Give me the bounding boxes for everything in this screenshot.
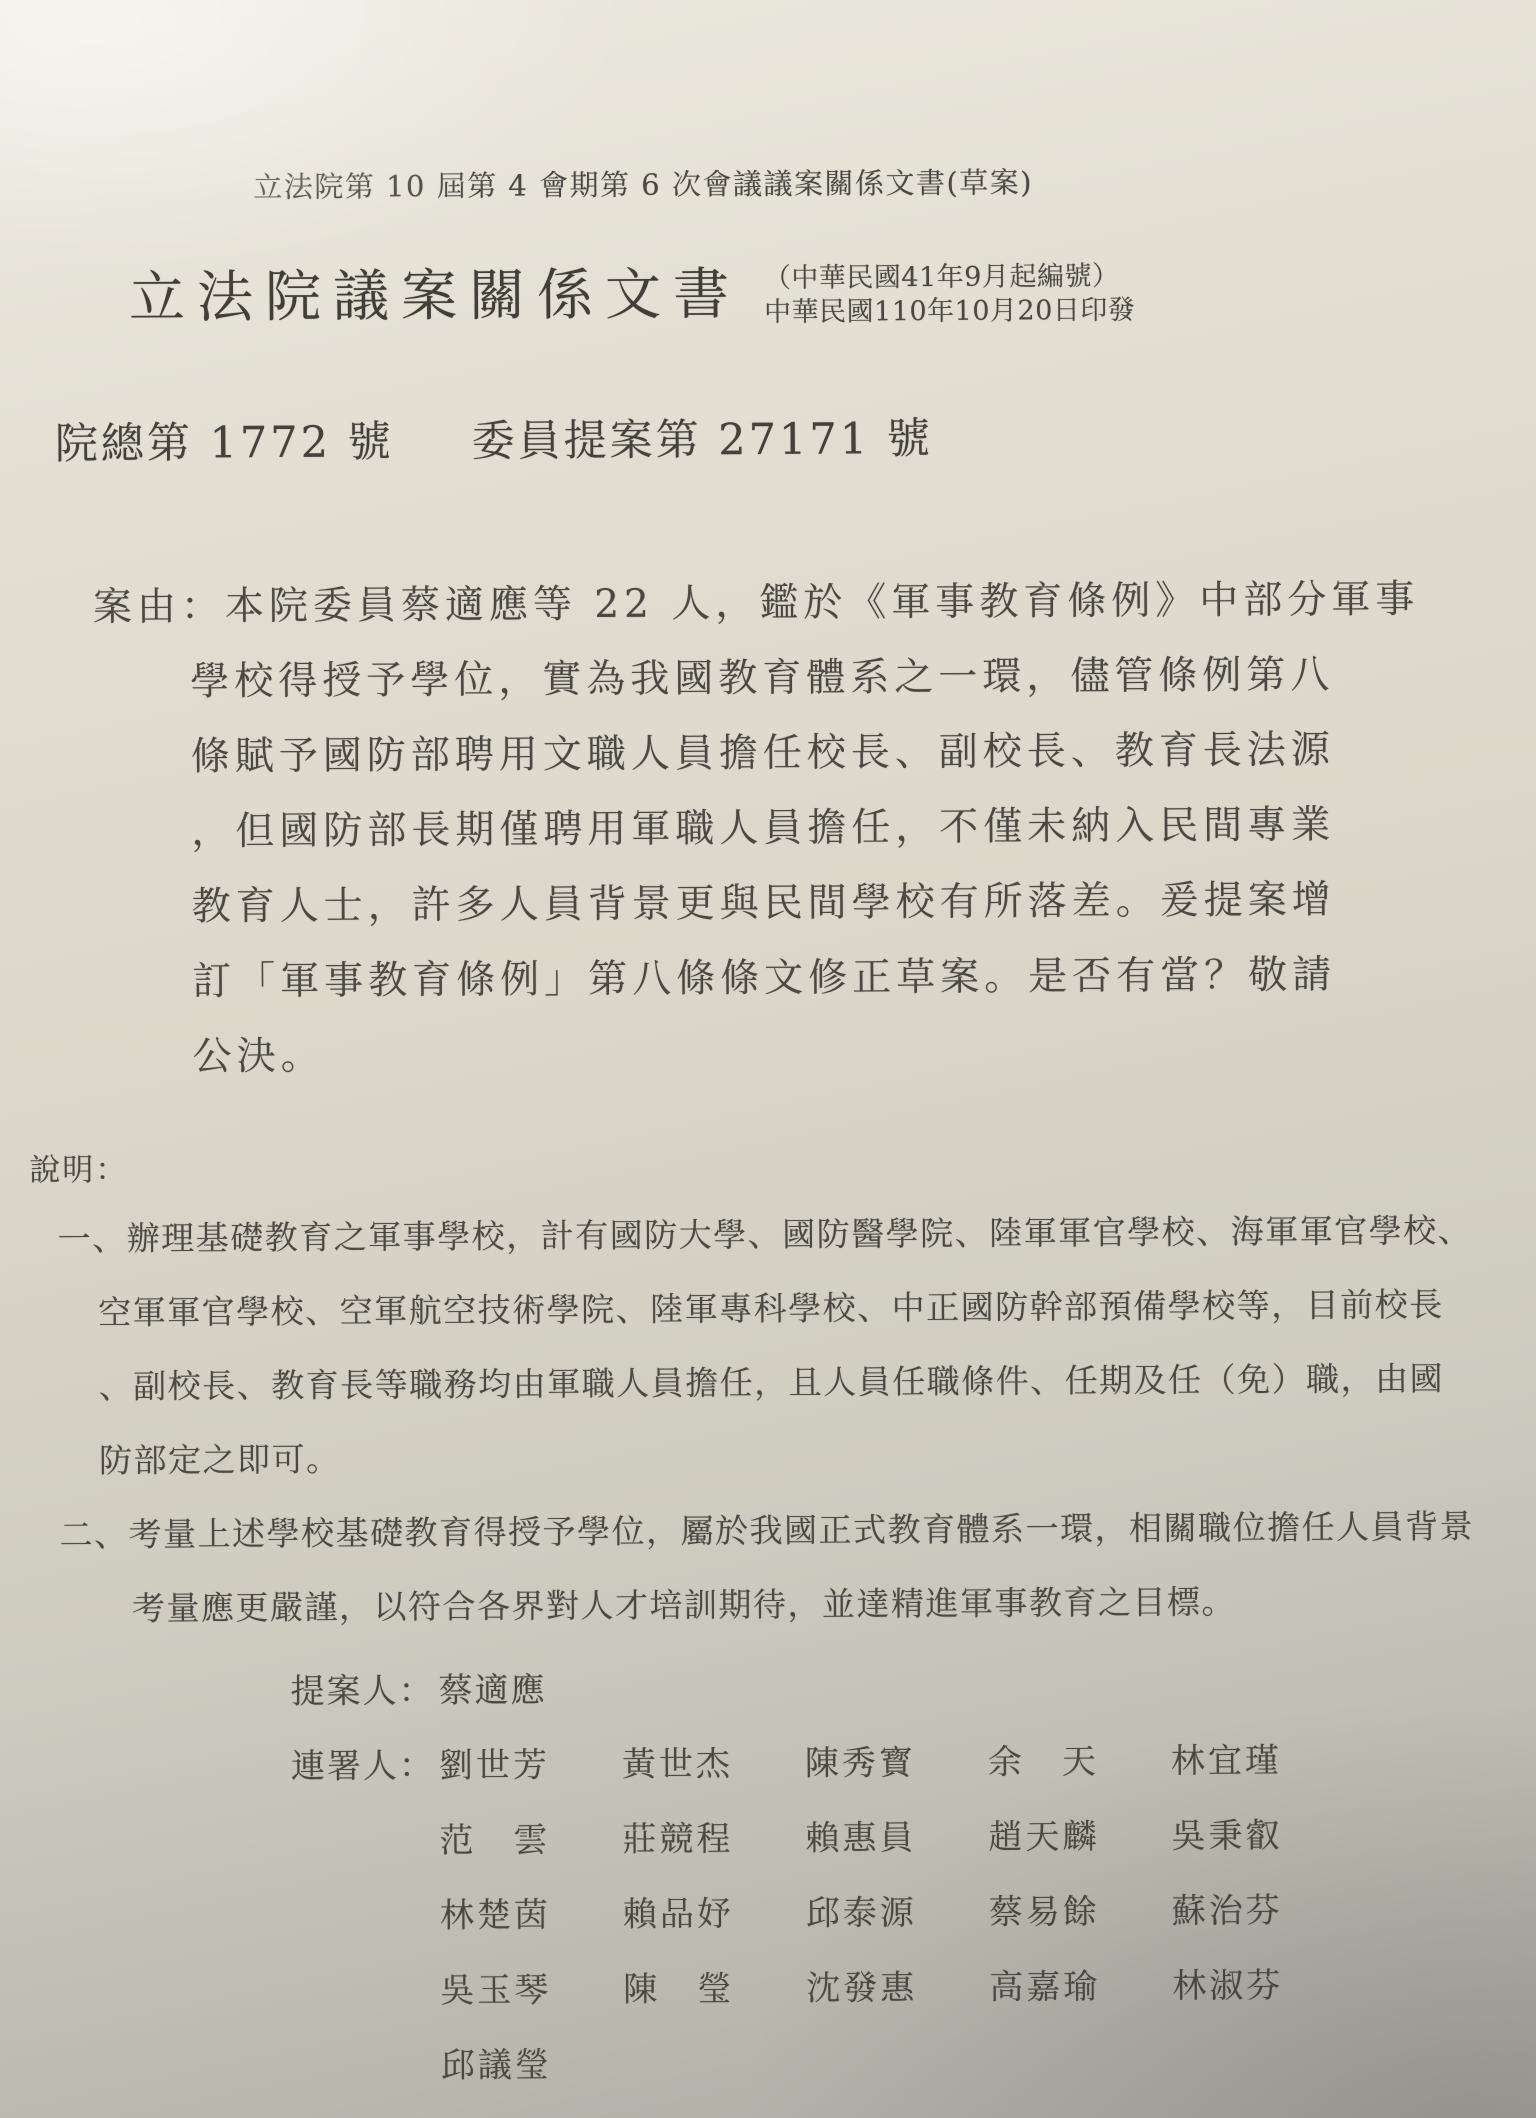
cosigner-name: 莊競程 (622, 1802, 805, 1878)
title-note-numbering: （中華民國41年9月起編號） (764, 260, 1135, 296)
cosigner-name: 吳玉琴 (440, 1953, 623, 2029)
cosigner-name: 林楚茵 (440, 1878, 623, 1954)
title-notes: （中華民國41年9月起編號） 中華民國110年10月20日印發 (764, 260, 1136, 330)
cosigner-name: 劉世芳 (439, 1728, 622, 1804)
case-line: 案由：本院委員蔡適應等 22 人，鑑於《軍事教育條例》中部分軍事 (93, 562, 1473, 645)
cosigner-name: 高嘉瑜 (989, 1950, 1172, 2026)
cosigner-row: 范 雲 莊競程 賴惠員 趙天麟 吳秉叡 (291, 1798, 1354, 1879)
signature-section: 提案人： 蔡適應 連署人： 劉世芳 黃世杰 陳秀寳 余 天 林宜瑾 范 雲 莊競… (290, 1648, 1356, 2104)
proposer-label: 提案人： (290, 1654, 438, 1730)
cosigner-name: 蔡易餘 (989, 1875, 1172, 1951)
cosigner-name: 余 天 (988, 1725, 1171, 1801)
cosigner-name: 賴惠員 (805, 1801, 988, 1877)
yuan-total-number: 院總第 1772 號 (55, 417, 394, 469)
explanation-item-1: 一、辦理基礎教育之軍事學校，計有國防大學、國防醫學院、陸軍軍官學校、海軍軍官學校… (58, 1193, 1535, 1498)
cosigner-indent (293, 2077, 441, 2078)
cosigner-name: 林淑芬 (1172, 1948, 1355, 2024)
cosigner-name: 邱泰源 (806, 1876, 989, 1952)
cosigner-row: 吳玉琴 陳 瑩 沈發惠 高嘉瑜 林淑芬 (292, 1948, 1355, 2029)
cosigner-name: 邱議瑩 (441, 2028, 624, 2104)
document-title: 立法院議案關係文書 (129, 250, 741, 334)
cosigner-row: 邱議瑩 (293, 2023, 1356, 2104)
cosigner-name: 陳 瑩 (623, 1952, 806, 2028)
proposal-number: 委員提案第 27171 號 (471, 414, 932, 467)
cosigner-name: 沈發惠 (806, 1951, 989, 2027)
explanation-line: 一、辦理基礎教育之軍事學校，計有國防大學、國防醫學院、陸軍軍官學校、海軍軍官學校… (58, 1193, 1533, 1276)
case-line: ，但國防部長期僅聘用軍職人員擔任，不僅未納入民間專業 (94, 787, 1474, 870)
proposer-name: 蔡適應 (438, 1653, 546, 1729)
cosigner-indent (292, 2002, 440, 2003)
cosigner-name: 蘇治芬 (1172, 1873, 1355, 1949)
cosigner-name: 陳秀寳 (805, 1726, 988, 1802)
cosigner-label: 連署人： (291, 1729, 439, 1805)
case-line: 條賦予國防部聘用文職人員擔任校長、副校長、教育長法源 (94, 712, 1474, 795)
case-line: 訂「軍事教育條例」第八條條文修正草案。是否有當？敬請 (95, 937, 1475, 1020)
explanation-label: 說明： (29, 1144, 128, 1190)
cosigner-indent (291, 1852, 439, 1853)
document-numbers-line: 院總第 1772 號委員提案第 27171 號 (55, 405, 933, 471)
case-line: 學校得授予學位，實為我國教育體系之一環，儘管條例第八 (93, 637, 1473, 720)
explanation-line: 、副校長、教育長等職務均由軍職人員擔任，且人員任職條件、任期及任（免）職，由國 (58, 1341, 1533, 1424)
cosigner-name: 吳秉叡 (1171, 1798, 1354, 1874)
explanation-line: 考量應更嚴謹，以符合各界對人才培訓期待，並達精進軍事教育之目標。 (60, 1563, 1535, 1646)
proposer-row: 提案人： 蔡適應 (290, 1648, 1353, 1729)
cosigner-name: 范 雲 (439, 1803, 622, 1879)
explanation-line: 防部定之即可。 (59, 1415, 1534, 1498)
case-line: 公決。 (95, 1012, 1475, 1095)
case-summary-section: 案由：本院委員蔡適應等 22 人，鑑於《軍事教育條例》中部分軍事 學校得授予學位… (93, 562, 1476, 1095)
cosigner-indent (292, 1927, 440, 1928)
cosigner-name: 林宜瑾 (1171, 1723, 1354, 1799)
session-header-line: 立法院第 10 屆第 4 會期第 6 次會議議案關係文書(草案) (253, 160, 1033, 206)
cosigner-row: 林楚茵 賴品妤 邱泰源 蔡易餘 蘇治芬 (292, 1873, 1355, 1954)
explanation-line: 空軍軍官學校、空軍航空技術學院、陸軍專科學校、中正國防幹部預備學校等，目前校長 (58, 1267, 1533, 1350)
explanation-line: 二、考量上述學校基礎教育得授予學位，屬於我國正式教育體系一環，相關職位擔任人員背… (59, 1489, 1534, 1572)
title-note-print-date: 中華民國110年10月20日印發 (764, 294, 1135, 330)
cosigner-name: 賴品妤 (623, 1877, 806, 1953)
case-line: 教育人士，許多人員背景更與民間學校有所落差。爰提案增 (94, 862, 1474, 945)
scanned-document-page: 立法院第 10 屆第 4 會期第 6 次會議議案關係文書(草案) 立法院議案關係… (0, 0, 1536, 2118)
cosigner-name: 黃世杰 (622, 1727, 805, 1803)
cosigner-row: 連署人： 劉世芳 黃世杰 陳秀寳 余 天 林宜瑾 (291, 1723, 1354, 1804)
cosigner-name: 趙天麟 (988, 1800, 1171, 1876)
explanation-item-2: 二、考量上述學校基礎教育得授予學位，屬於我國正式教育體系一環，相關職位擔任人員背… (59, 1489, 1535, 1646)
explanation-items: 一、辦理基礎教育之軍事學校，計有國防大學、國防醫學院、陸軍軍官學校、海軍軍官學校… (58, 1193, 1536, 1646)
